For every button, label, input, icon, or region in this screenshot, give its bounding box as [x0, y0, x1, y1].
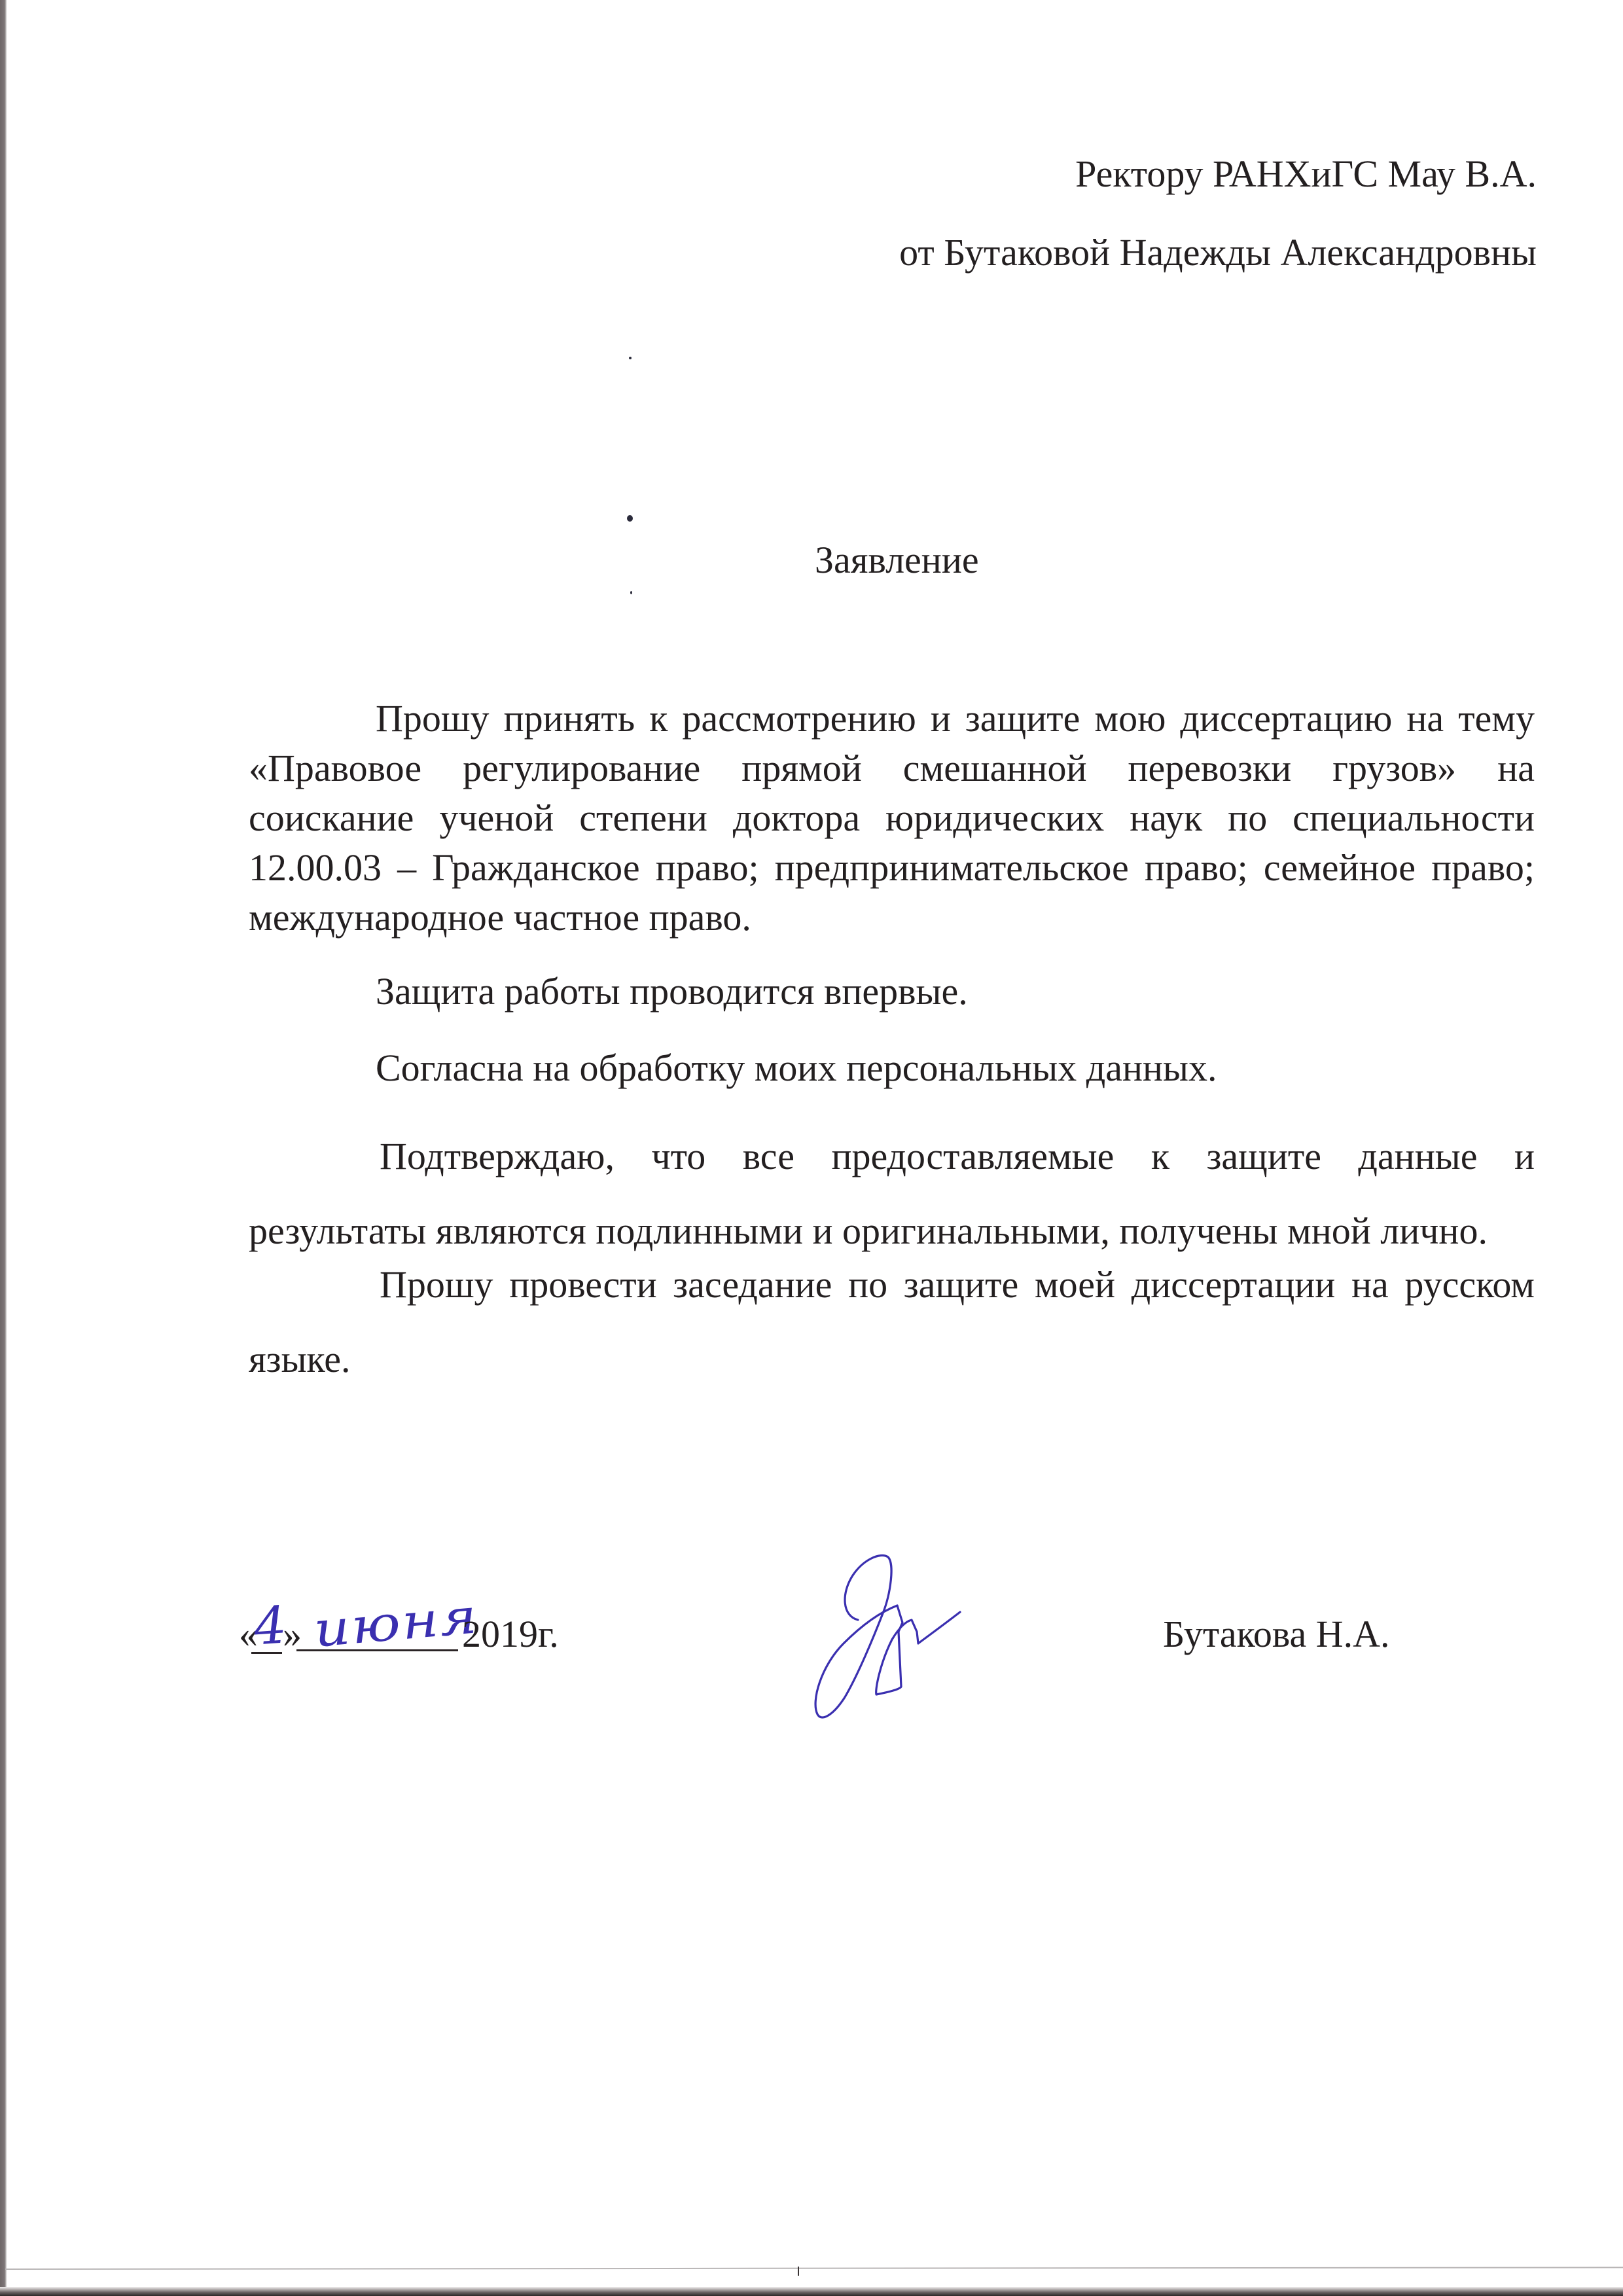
text-line: соискание ученой степени доктора юридиче…	[249, 793, 1535, 843]
page-bottom-line	[5, 2267, 1623, 2270]
paragraph-authenticity: Подтверждаю, что все предоставляемые к з…	[249, 1119, 1535, 1268]
text-line: Прошу принять к рассмотрению и защите мо…	[249, 694, 1535, 744]
text-line: Подтверждаю, что все предоставляемые к з…	[249, 1119, 1535, 1194]
text-line: языке.	[249, 1322, 1535, 1397]
text-line: 12.00.03 – Гражданское право; предприним…	[249, 843, 1535, 893]
scan-edge-bottom	[0, 2287, 1623, 2296]
scan-speck	[630, 591, 632, 594]
document-title: Заявление	[815, 535, 979, 585]
scan-speck	[627, 515, 633, 522]
addressee-recipient: Ректору РАНХиГС Мау В.А.	[1075, 149, 1537, 199]
handwritten-signature	[795, 1535, 1096, 1731]
date-close-quote: »	[283, 1609, 302, 1659]
paragraph-request: Прошу принять к рассмотрению и защите мо…	[249, 694, 1535, 942]
date-year: 2019г.	[462, 1609, 559, 1659]
paragraph-first-defense: Защита работы проводится впервые.	[376, 967, 968, 1016]
page-bottom-tick	[798, 2267, 799, 2276]
date-month-handwritten: июня	[312, 1588, 480, 1659]
paragraph-data-consent: Согласна на обработку моих персональных …	[376, 1043, 1217, 1093]
paragraph-language: Прошу провести заседание по защите моей …	[249, 1247, 1535, 1397]
scan-edge-left	[0, 0, 7, 2296]
text-line: Прошу провести заседание по защите моей …	[249, 1247, 1535, 1322]
addressee-sender: от Бутаковой Надежды Александровны	[899, 228, 1537, 278]
text-line: «Правовое регулирование прямой смешанной…	[249, 744, 1535, 793]
scan-speck	[629, 357, 632, 359]
signature-name: Бутакова Н.А.	[1163, 1609, 1390, 1659]
text-line: международное частное право.	[249, 893, 1535, 942]
